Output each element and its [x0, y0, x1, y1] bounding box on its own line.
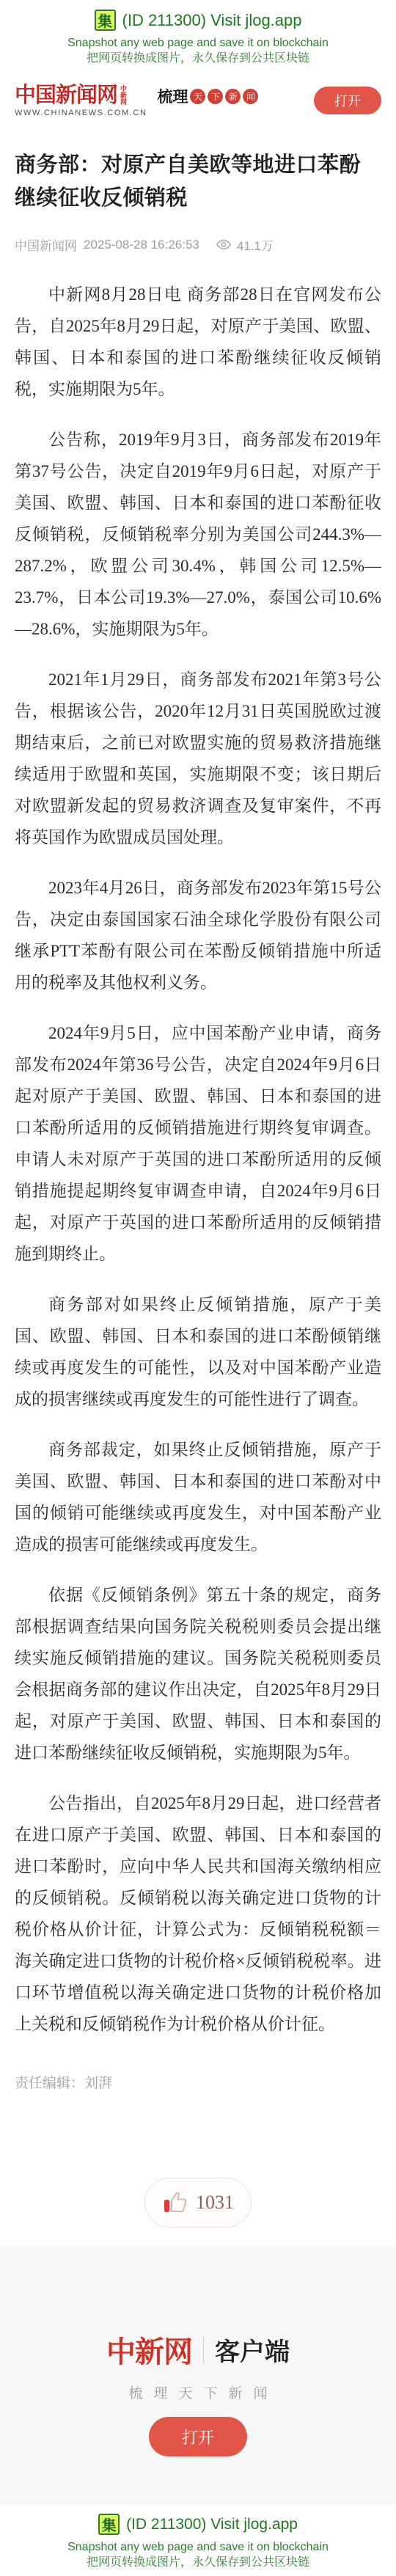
like-row: 1031	[0, 2159, 396, 2247]
article-paragraph: 2021年1月29日，商务部发布2021年第3号公告，根据该公告，2020年12…	[15, 664, 381, 853]
open-app-button[interactable]: 打开	[314, 87, 381, 114]
article-paragraph: 依据《反倾销条例》第五十条的规定，商务部根据调查结果向国务院关税税则委员会提出继…	[15, 1579, 381, 1768]
divider	[203, 2337, 204, 2363]
app-footer: 中新网 客户端 梳理天下新闻 打开	[0, 2247, 396, 2505]
article-paragraph: 2023年4月26日，商务部发布2023年第15号公告，决定由泰国国家石油全球化…	[15, 872, 381, 998]
jlog-banner-bottom: 集 (ID 211300) Visit jlog.app Snapshot an…	[0, 2505, 396, 2576]
banner-subtitle-zh: 把网页转换成图片，永久保存到公共区块链	[0, 51, 396, 66]
jlog-banner-top: 集 (ID 211300) Visit jlog.app Snapshot an…	[0, 0, 396, 73]
footer-logo-row: 中新网 客户端	[0, 2329, 396, 2371]
jlog-banner-link[interactable]: 集 (ID 211300) Visit jlog.app	[0, 2514, 396, 2535]
like-button[interactable]: 1031	[144, 2178, 252, 2228]
client-label: 客户端	[215, 2332, 290, 2368]
tagline-circle: 下	[208, 89, 223, 104]
site-header: 中国新闻网 中新网 WWW.CHINANEWS.COM.CN 梳理 天 下 新 …	[0, 73, 396, 128]
article-byline: 中国新闻网 2025-08-28 16:26:53 41.1万	[15, 235, 381, 254]
view-counter: 41.1万	[216, 235, 274, 254]
tagline-circle: 天	[190, 89, 205, 104]
thumbs-up-icon	[162, 2189, 188, 2216]
footer-tagline: 梳理天下新闻	[0, 2382, 396, 2402]
site-logo[interactable]: 中国新闻网 中新网 WWW.CHINANEWS.COM.CN	[15, 84, 147, 117]
site-tagline: 梳理 天 下 新 闻	[157, 85, 258, 107]
footer-open-button[interactable]: 打开	[149, 2417, 247, 2456]
article-body: 中新网8月28日电 商务部28日在官网发布公告，自2025年8月29日起，对原产…	[15, 279, 381, 2040]
tagline-circle: 闻	[243, 89, 258, 104]
article-title: 商务部：对原产自美欧等地进口苯酚继续征收反倾销税	[15, 149, 381, 215]
article-datetime: 2025-08-28 16:26:53	[84, 238, 199, 252]
views-count: 41.1万	[237, 235, 274, 254]
eye-icon	[216, 239, 232, 250]
article-paragraph: 中新网8月28日电 商务部28日在官网发布公告，自2025年8月29日起，对原产…	[15, 279, 381, 405]
article: 商务部：对原产自美欧等地进口苯酚继续征收反倾销税 中国新闻网 2025-08-2…	[0, 128, 396, 2159]
logo-url: WWW.CHINANEWS.COM.CN	[15, 109, 147, 117]
tagline-circle: 新	[225, 89, 241, 104]
article-paragraph: 2024年9月5日，应中国苯酚产业申请，商务部发布2024年第36号公告，决定自…	[15, 1017, 381, 1270]
banner-subtitle-en: Snapshot any web page and save it on blo…	[0, 35, 396, 51]
jlog-banner-link[interactable]: 集 (ID 211300) Visit jlog.app	[0, 10, 396, 31]
banner-subtitle-en: Snapshot any web page and save it on blo…	[0, 2539, 396, 2555]
article-paragraph: 公告称，2019年9月3日，商务部发布2019年第37号公告，决定自2019年9…	[15, 424, 381, 645]
cns-logo: 中新网	[106, 2329, 192, 2371]
jlog-banner-text: (ID 211300) Visit jlog.app	[122, 11, 302, 30]
article-paragraph: 公告指出，自2025年8月29日起，进口经营者在进口原产于美国、欧盟、韩国、日本…	[15, 1788, 381, 2040]
editor-note: 责任编辑：刘湃	[15, 2072, 381, 2092]
article-paragraph: 商务部裁定，如果终止反倾销措施，原产于美国、欧盟、韩国、日本和泰国的进口苯酚对中…	[15, 1434, 381, 1560]
tagline-prefix: 梳理	[157, 85, 188, 107]
logo-text: 中国新闻网	[15, 84, 117, 106]
article-paragraph: 商务部对如果终止反倾销措施，原产于美国、欧盟、韩国、日本和泰国的进口苯酚倾销继续…	[15, 1289, 381, 1415]
page: 集 (ID 211300) Visit jlog.app Snapshot an…	[0, 0, 396, 2576]
jlog-banner-text: (ID 211300) Visit jlog.app	[126, 2516, 298, 2533]
logo-stack-text: 中新网	[120, 85, 126, 105]
article-source: 中国新闻网	[15, 235, 77, 254]
like-count: 1031	[196, 2192, 234, 2214]
banner-subtitle-zh: 把网页转换成图片，永久保存到公共区块链	[0, 2555, 396, 2570]
jlog-icon: 集	[95, 10, 116, 31]
jlog-icon: 集	[98, 2514, 120, 2535]
